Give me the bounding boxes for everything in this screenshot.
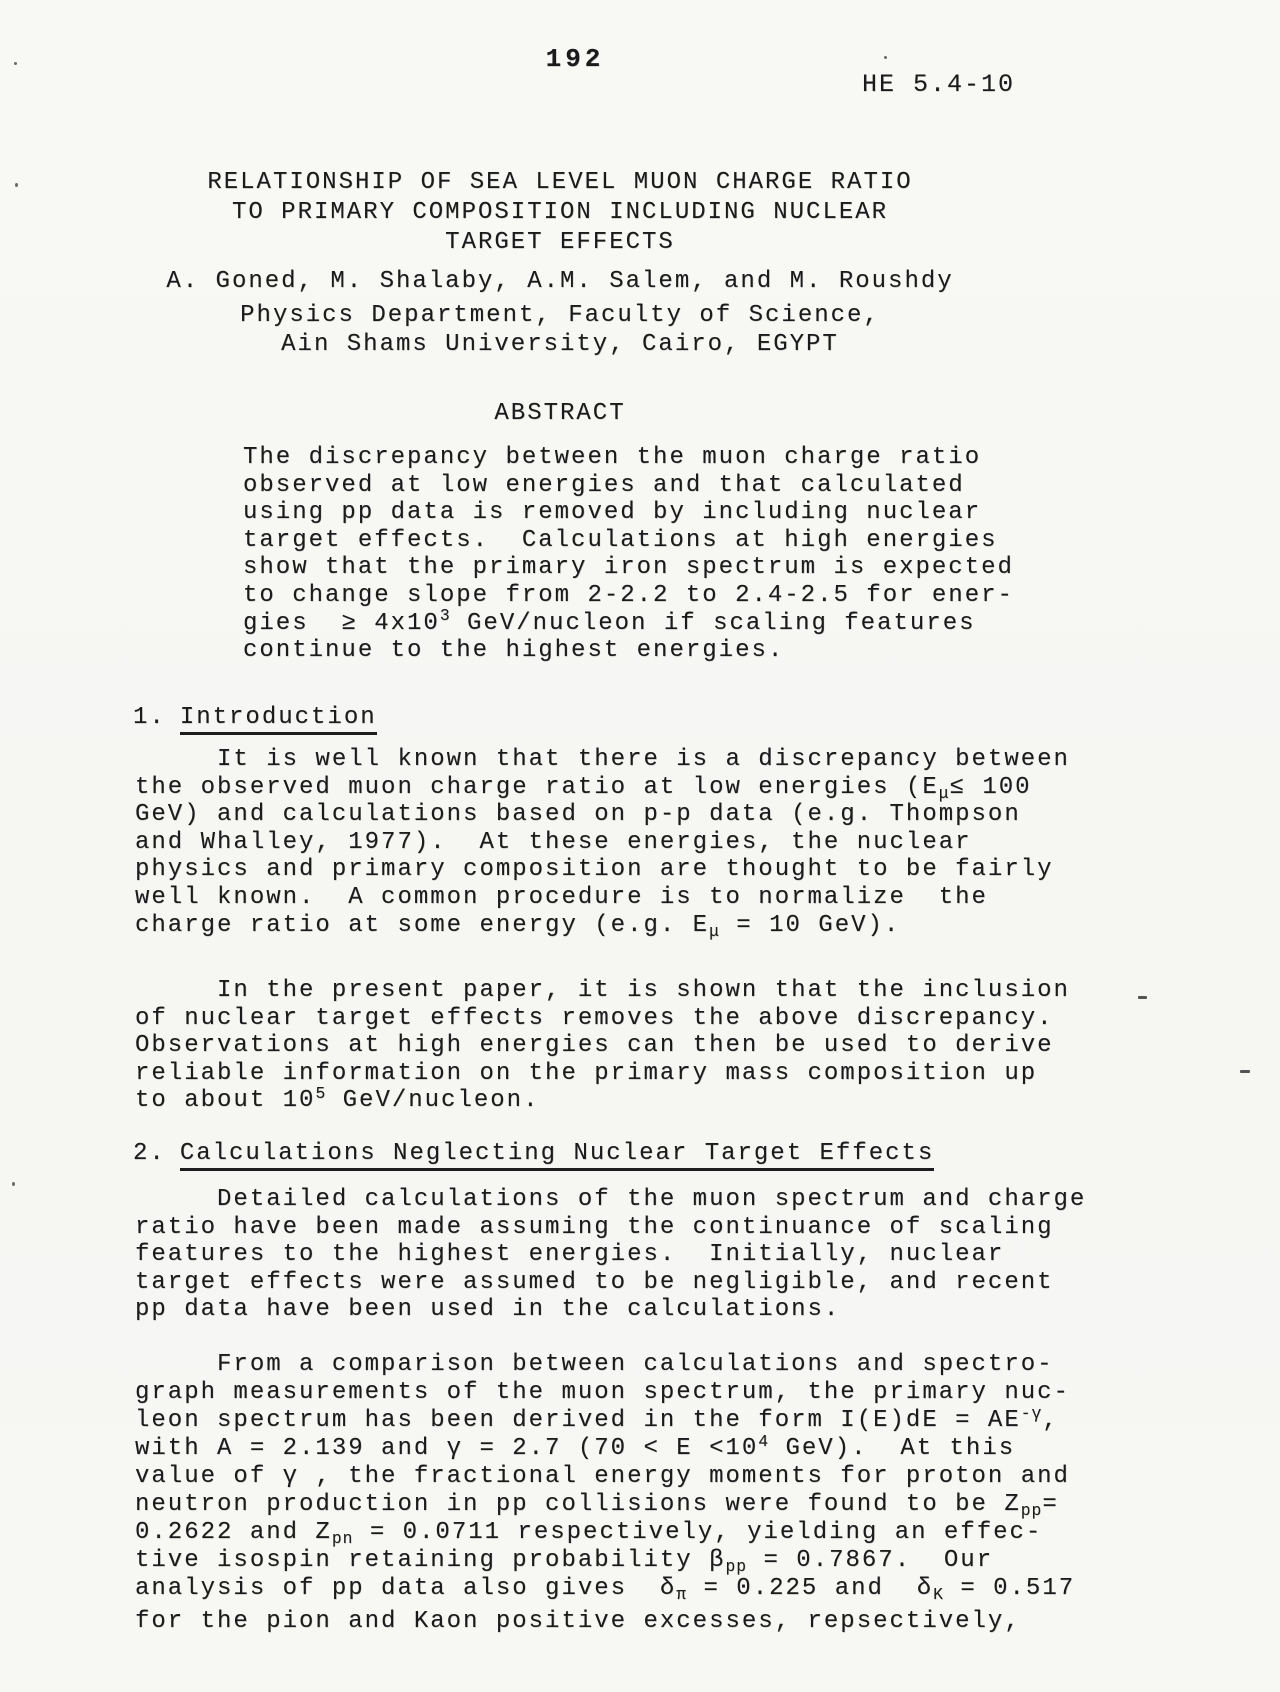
- authors-line: A. Goned, M. Shalaby, A.M. Salem, and M.…: [100, 268, 1020, 295]
- scan-speck: [1240, 1070, 1250, 1073]
- scanned-paper-page: 192 HE 5.4-10 RELATIONSHIP OF SEA LEVEL …: [0, 0, 1280, 1692]
- abstract-heading: ABSTRACT: [100, 400, 1020, 427]
- section-2-number: 2.: [133, 1140, 166, 1167]
- scan-speck: [12, 1182, 15, 1186]
- scan-speck: [1138, 996, 1147, 999]
- section-1-heading: 1.Introduction: [133, 704, 377, 731]
- section-2-title: Calculations Neglecting Nuclear Target E…: [180, 1140, 935, 1171]
- calculations-paragraph-1: Detailed calculations of the muon spectr…: [135, 1186, 1086, 1324]
- paper-code: HE 5.4-10: [862, 70, 1015, 99]
- scan-speck: [15, 183, 18, 187]
- paper-title: RELATIONSHIP OF SEA LEVEL MUON CHARGE RA…: [100, 168, 1020, 258]
- intro-paragraph-1: It is well known that there is a discrep…: [135, 746, 1070, 939]
- section-2-heading: 2.Calculations Neglecting Nuclear Target…: [133, 1140, 934, 1167]
- section-1-number: 1.: [133, 704, 166, 731]
- page-number: 192: [515, 44, 635, 74]
- affiliation: Physics Department, Faculty of Science,A…: [100, 301, 1020, 359]
- scan-speck: [14, 62, 17, 65]
- section-1-title: Introduction: [180, 704, 377, 735]
- abstract-text: The discrepancy between the muon charge …: [243, 444, 1014, 665]
- calculations-paragraph-2: From a comparison between calculations a…: [135, 1351, 1075, 1636]
- scan-speck: [884, 56, 887, 59]
- intro-paragraph-2: In the present paper, it is shown that t…: [135, 977, 1070, 1115]
